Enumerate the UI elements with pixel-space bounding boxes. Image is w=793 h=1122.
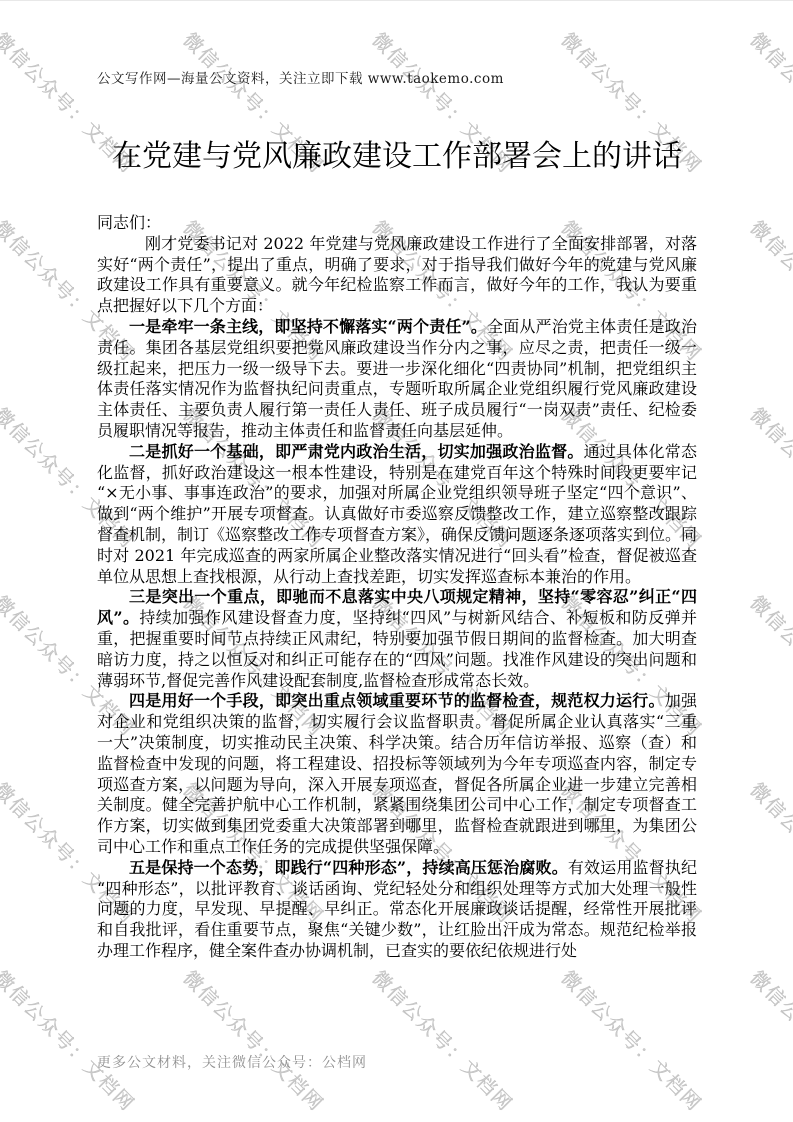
paragraph: 三是突出一个重点，即驰而不息落实中央八项规定精神，坚持“零容忍”纠正“四风”。持… <box>97 587 697 691</box>
salutation: 同志们： <box>97 213 697 234</box>
paragraph-lead: 二是抓好一个基础，即严肃党内政治生活，切实加强政治监督。 <box>129 442 584 461</box>
header-note: 公文写作网—海量公文资料，关注立即下载 www.taokemo.com <box>97 67 697 87</box>
document-title: 在党建与党风廉政建设工作部署会上的讲话 <box>97 137 697 177</box>
paragraph: 四是用好一个手段，即突出重点领域重要环节的监督检查，规范权力运行。加强对企业和党… <box>97 691 697 857</box>
document-content: 公文写作网—海量公文资料，关注立即下载 www.taokemo.com 在党建与… <box>0 1 793 1122</box>
paragraph-text: 持续加强作风建设督查力度，坚持纠“四风”与树新风结合、补短板和防反弹并重，把握重… <box>97 608 697 689</box>
paragraph: 一是牵牢一条主线，即坚持不懈落实“两个责任”。全面从严治党主体责任是政治责任。集… <box>97 317 697 442</box>
paragraph: 刚才党委书记对 2022 年党建与党风廉政建设工作进行了全面安排部署，对落实好“… <box>97 234 697 317</box>
footer-note: 更多公文材料，关注微信公众号：公档网 <box>97 1052 697 1072</box>
paragraph-lead: 一是牵牢一条主线，即坚持不懈落实“两个责任”。 <box>129 317 487 336</box>
paragraph-lead: 四是用好一个手段，即突出重点领域重要环节的监督检查，规范权力运行。 <box>129 691 665 710</box>
paragraph: 二是抓好一个基础，即严肃党内政治生活，切实加强政治监督。通过具体化常态化监督，抓… <box>97 442 697 588</box>
document-body: 同志们： 刚才党委书记对 2022 年党建与党风廉政建设工作进行了全面安排部署，… <box>97 213 697 962</box>
paragraph-text: 加强对企业和党组织决策的监督，切实履行会议监督职责。督促所属企业认真落实“三重一… <box>97 691 697 856</box>
paragraph-lead: 五是保持一个态势，即践行“四种形态”，持续高压惩治腐败。 <box>129 858 568 877</box>
document-page: 微信公众号：文档网微信公众号：文档网微信公众号：文档网微信公众号：文档网微信公众… <box>0 0 793 1122</box>
paragraph-text: 刚才党委书记对 2022 年党建与党风廉政建设工作进行了全面安排部署，对落实好“… <box>97 234 697 315</box>
paragraph: 五是保持一个态势，即践行“四种形态”，持续高压惩治腐败。有效运用监督执纪“四种形… <box>97 858 697 962</box>
paragraph-text: 通过具体化常态化监督，抓好政治建设这一根本性建设，特别是在建党百年这个特殊时间段… <box>97 442 697 586</box>
